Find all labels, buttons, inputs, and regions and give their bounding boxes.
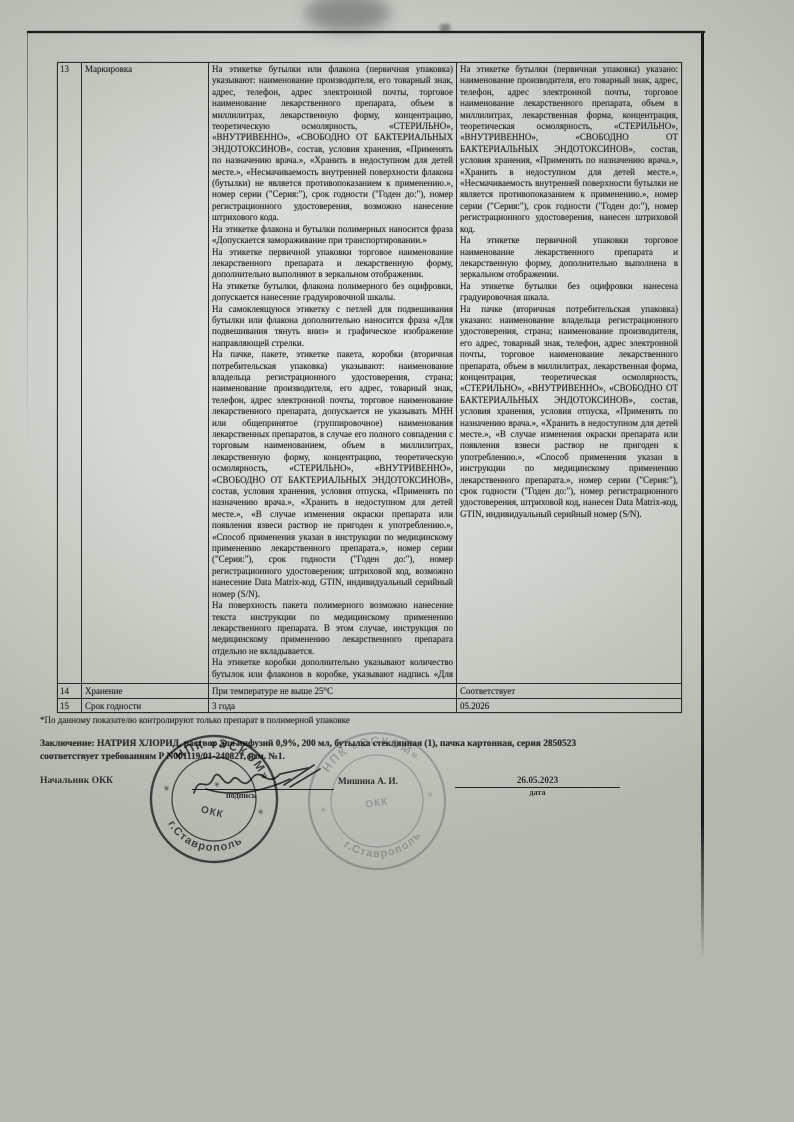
paragraph: На этикетке бутылки (первичная упаковка)… [460, 64, 678, 235]
table-row-storage: 14 Хранение При температуре не выше 25°С… [58, 683, 681, 698]
stamp-star-right-icon: ✳ [256, 807, 265, 817]
row-number: 14 [58, 684, 81, 698]
result-cell: 05.2026 [456, 699, 681, 712]
stamp-star-left-icon: ✳ [319, 805, 327, 815]
paragraph: На этикетке флакона и бутылки полимерных… [212, 224, 453, 247]
signer-role: Начальник ОКК [40, 775, 113, 786]
date-caption: дата [455, 788, 620, 797]
paragraph: На этикетке бутылки, флакона полимерного… [212, 281, 453, 304]
page-edge-left [27, 33, 28, 453]
date-value: 26.05.2023 [455, 775, 620, 785]
spec-table: 13 Маркировка На этикетке бутылки или фл… [57, 62, 682, 713]
stamp-center-text: ОКК [200, 804, 225, 820]
conclusion-label: Заключение: [40, 739, 95, 749]
table-row-shelf-life: 15 Срок годности 3 года 05.2026 [58, 698, 681, 712]
page-edge-right [701, 31, 704, 959]
paragraph: На этикетке бутылки или флакона (первичн… [212, 64, 453, 224]
date-block: 26.05.2023 дата [455, 775, 620, 797]
result-cell: Соответствует [456, 684, 681, 698]
row-number: 13 [58, 63, 81, 683]
row-name: Маркировка [81, 63, 208, 683]
requirement-cell: 3 года [208, 699, 456, 712]
paragraph: На поверхность пакета полимерного возмож… [212, 600, 453, 657]
requirement-cell: На этикетке бутылки или флакона (первичн… [208, 63, 456, 683]
paragraph: На пачке (вторичная потребительская упак… [460, 304, 678, 521]
stamp-star-right-icon: ✳ [426, 790, 434, 800]
row-number: 15 [58, 699, 81, 712]
row-name: Срок годности [81, 699, 208, 712]
scan-smudge [305, 0, 390, 32]
paragraph: На самоклеящуюся этикетку с петлей для п… [212, 304, 453, 350]
signature-scribble [186, 763, 346, 805]
result-cell: На этикетке бутылки (первичная упаковка)… [456, 63, 681, 683]
paragraph: На пачке, пакете, этикетке пакета, короб… [212, 349, 453, 600]
page-edge-top [27, 31, 705, 33]
paragraph: На этикетке бутылки без оцифровки нанесе… [460, 281, 678, 304]
stamp-star-left-icon: ✳ [162, 784, 171, 794]
row-name: Хранение [81, 684, 208, 698]
requirement-cell: При температуре не выше 25°С [208, 684, 456, 698]
scanned-document-page: 13 Маркировка На этикетке бутылки или фл… [0, 0, 794, 1122]
paragraph: На этикетке коробки дополнительно указыв… [212, 657, 453, 683]
table-row-marking: 13 Маркировка На этикетке бутылки или фл… [58, 63, 681, 683]
paragraph: На этикетке первичной упаковки торговое … [460, 235, 678, 281]
footnote: *По данному показателю контролируют толь… [40, 715, 680, 725]
paragraph: На этикетке первичной упаковки торговое … [212, 247, 453, 281]
stamp-center-text: ОКК [365, 796, 389, 810]
